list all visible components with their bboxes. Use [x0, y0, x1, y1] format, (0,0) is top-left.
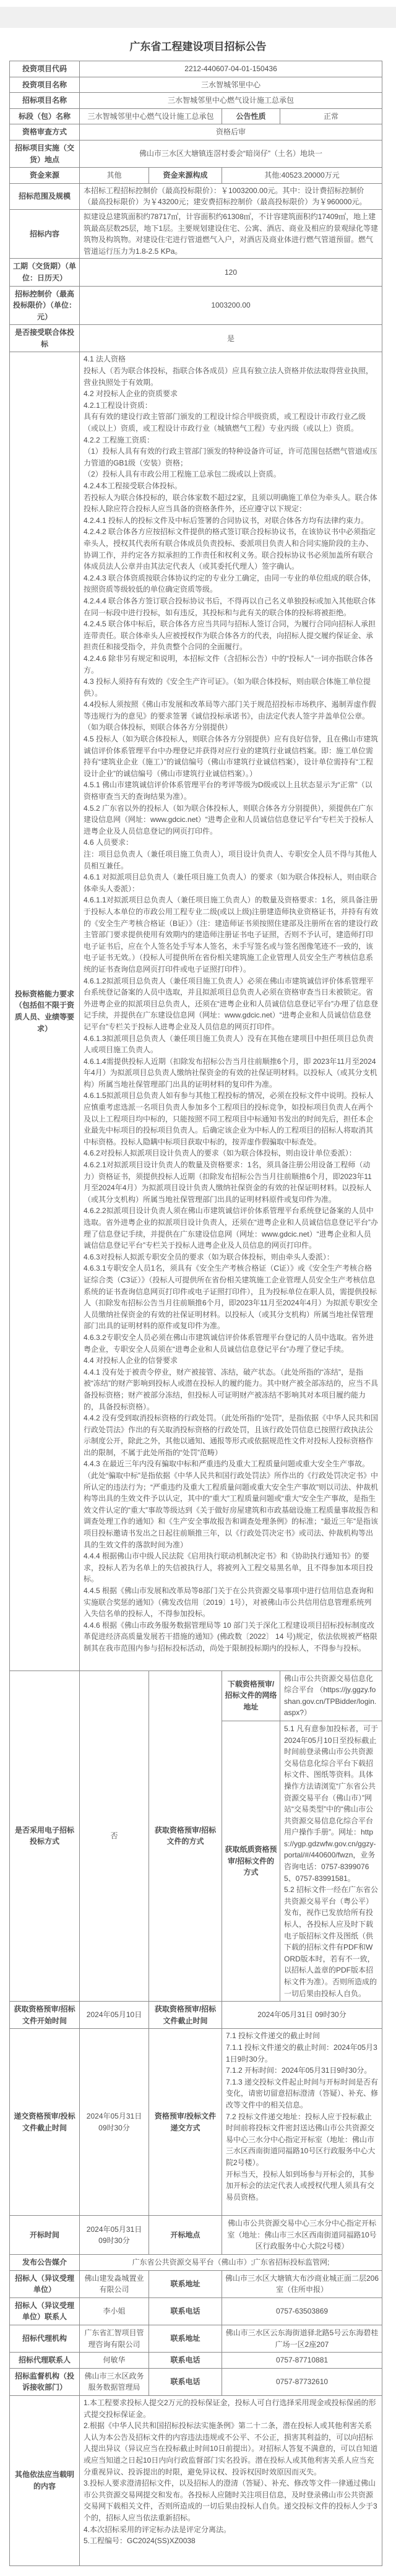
obtain-documents-nested-cell: 下载资格预审/招标文件的网络地址 佛山市公共资源交易信息化综合平台 （https…: [222, 1671, 382, 2002]
label-media: 发布公告媒介: [10, 2255, 80, 2271]
row-section: 标段（包）名称 三水智城邻里中心燃气设计施工总承包 公告性质 正常: [10, 108, 382, 124]
value-location: 佛山市三水区大塘镇连滘村委会“暗岗仔”（土名）地块一: [80, 140, 382, 167]
value-paper-documents: 5.1 凡有意参加投标者，可于2024年05月10日至投标截止时间前登录佛山市公…: [280, 1721, 382, 2001]
label-agency-address: 联系地址: [149, 2325, 222, 2353]
label-section: 标段（包）名称: [10, 108, 80, 124]
label-agency-phone: 联系电话: [149, 2353, 222, 2369]
value-electronic-bidding: 否: [80, 1671, 149, 2002]
label-announcement-nature: 公告性质: [222, 108, 280, 124]
label-supervisor-phone: 联系电话: [149, 2368, 222, 2395]
value-supervisor: 佛山市三水区政务服务数据管理局: [80, 2368, 149, 2395]
value-tenderer-address: 佛山市三水区大塘镇大布沙商业城正面二层206室（住所申报）: [222, 2270, 382, 2297]
value-consortium: 是: [80, 325, 382, 352]
label-paper-documents: 获取纸质资格预审/招标文件的方式: [222, 1721, 280, 2001]
download-url-text: 佛山市公共资源交易信息化综合平台 （https://jy.ggzy.foshan…: [284, 1673, 378, 1719]
obtain-documents-grid: 下载资格预审/招标文件的网络地址 佛山市公共资源交易信息化综合平台 （https…: [222, 1671, 382, 2002]
label-electronic-bidding: 是否采用电子招标投标方式: [10, 1671, 80, 2002]
label-funds-composition: 资金来源构成: [149, 168, 222, 184]
value-agency-contact: 何敏华: [80, 2353, 149, 2369]
label-submission-deadline: 递交资格预审/投标文件截止时间: [10, 2029, 80, 2216]
value-submission-deadline: 2024年05月31日 09时30分: [80, 2029, 149, 2216]
label-obtain-documents-method: 获取资格预审/招标文件的方式: [149, 1671, 222, 2002]
value-content: 拟建设总建筑面积约78717㎡，计容面积约61308㎡，不计容建筑面积约1740…: [80, 209, 382, 258]
value-qualification-review: 资格后审: [80, 124, 382, 140]
value-obtain-deadline: 2024年05月31日 09时30分: [222, 2002, 382, 2029]
label-consortium: 是否接受联合体投标: [10, 325, 80, 352]
value-agency: 广东省汇智项目管理咨询有限公司: [80, 2325, 149, 2353]
label-tender-name: 招标项目名称: [10, 93, 80, 109]
row-supervisor: 招标监督机构（投诉接收部门） 佛山市三水区政务服务数据管理局 联系电话 0757…: [10, 2368, 382, 2395]
row-funds: 资金来源 其他 资金来源构成 其他:40523.20000万元: [10, 168, 382, 184]
paper-documents-subrow: 获取纸质资格预审/招标文件的方式 5.1 凡有意参加投标者，可于2024年05月…: [222, 1721, 382, 2001]
label-other-content: 其他依法应当载明的内容: [10, 2396, 80, 2566]
value-ceiling-price: 1003200.00: [80, 286, 382, 325]
value-tenderer: 佛山建发淼城置业有限公司: [80, 2270, 149, 2297]
value-funds: 其他: [80, 168, 149, 184]
row-duration: 工期（交货期）（单位：日历天） 120: [10, 259, 382, 286]
value-download-url: 佛山市公共资源交易信息化综合平台 （https://jy.ggzy.foshan…: [280, 1671, 382, 1721]
row-content: 招标内容 拟建设总建筑面积约78717㎡，计容面积约61308㎡，不计容建筑面积…: [10, 209, 382, 258]
page-top-bar: [0, 7, 396, 28]
row-obtain-time: 获取资格预审/招标文件开始时间 2024年05月10日 获取资格预审/招标文件截…: [10, 2002, 382, 2029]
label-duration: 工期（交货期）（单位：日历天）: [10, 259, 80, 286]
label-obtain-deadline: 获取资格预审/招标文件截止时间: [149, 2002, 222, 2029]
row-electronic-bidding: 是否采用电子招标投标方式 否 获取资格预审/招标文件的方式 下载资格预审/招标文…: [10, 1671, 382, 2002]
label-bid-opening-place: 开标地点: [149, 2216, 222, 2255]
label-funds: 资金来源: [10, 168, 80, 184]
value-duration: 120: [80, 259, 382, 286]
value-section: 三水智城邻里中心燃气设计施工总承包: [80, 108, 222, 124]
label-location: 招标项目实施（交货）地点: [10, 140, 80, 167]
value-media: 广东省公共资源交易平台（佛山市）;广东省招标投标监管网;: [80, 2255, 382, 2271]
value-agency-phone: 0757-87710881: [222, 2353, 382, 2369]
value-other-content: 1.本工程要求投标人提交2万元的投标保证金，投标人可自行选择采用现金或投标保函的…: [80, 2396, 382, 2566]
label-download-url: 下载资格预审/招标文件的网络地址: [222, 1671, 280, 1721]
label-invest-name: 投资项目名称: [10, 77, 80, 93]
row-consortium: 是否接受联合体投标 是: [10, 325, 382, 352]
value-tenderer-contact: 李小姐: [80, 2297, 149, 2325]
row-tender-name: 招标项目名称 三水智城邻里中心燃气设计施工总承包: [10, 93, 382, 109]
row-bid-opening: 开标时间 2024年05月31日 09时30分 开标地点 佛山市公共资源交易中心…: [10, 2216, 382, 2255]
row-project-code: 投资项目代码 2212-440607-04-01-150436: [10, 61, 382, 77]
label-tenderer-phone: 联系电话: [149, 2297, 222, 2325]
row-tenderer: 招标人（异议受理单位） 佛山建发淼城置业有限公司 联系地址 佛山市三水区大塘镇大…: [10, 2270, 382, 2297]
label-tenderer: 招标人（异议受理单位）: [10, 2270, 80, 2297]
download-url-subrow: 下载资格预审/招标文件的网络地址 佛山市公共资源交易信息化综合平台 （https…: [222, 1671, 382, 1721]
label-qualification-requirements: 投标资格能力要求（包括但不限于资质人员、业绩等要求）: [10, 352, 80, 1671]
row-agency: 招标代理机构 广东省汇智项目管理咨询有限公司 联系地址 佛山市三水区云东海街道驿…: [10, 2325, 382, 2353]
label-obtain-start-time: 获取资格预审/招标文件开始时间: [10, 2002, 80, 2029]
row-qualification-requirements: 投标资格能力要求（包括但不限于资质人员、业绩等要求） 4.1 法人资格 投标人（…: [10, 352, 382, 1671]
label-agency: 招标代理机构: [10, 2325, 80, 2353]
value-obtain-start-time: 2024年05月10日: [80, 2002, 149, 2029]
label-agency-contact: 招标代理联系人: [10, 2353, 80, 2369]
paper-documents-text: 5.1 凡有意参加投标者，可于2024年05月10日至投标截止时间前登录佛山市公…: [284, 1723, 378, 1999]
row-agency-contact: 招标代理联系人 何敏华 联系电话 0757-87710881: [10, 2353, 382, 2369]
row-qualification-review: 资格审查方式 资格后审: [10, 124, 382, 140]
value-bid-opening-time: 2024年05月31日 09时30分: [80, 2216, 149, 2255]
row-ceiling-price: 招标控制价（最高投标限价）（单位：元） 1003200.00: [10, 286, 382, 325]
label-tenderer-address: 联系地址: [149, 2270, 222, 2297]
value-agency-address: 佛山市三水区云东海街道驿北路5号云东海碧桂广场一区2座207: [222, 2325, 382, 2353]
value-qualification-requirements: 4.1 法人资格 投标人（若为联合体投标，指联合体各成员）应具有独立法人资格并依…: [80, 352, 382, 1671]
value-tenderer-phone: 0757-63503869: [222, 2297, 382, 2325]
value-supervisor-phone: 0757-87732610: [222, 2368, 382, 2395]
row-location: 招标项目实施（交货）地点 佛山市三水区大塘镇连滘村委会“暗岗仔”（土名）地块一: [10, 140, 382, 167]
row-tenderer-contact: 招标人（异议受理单位）联系人 李小姐 联系电话 0757-63503869: [10, 2297, 382, 2325]
label-submission-method: 资格预审/投标文件递交方式: [149, 2029, 222, 2216]
label-content: 招标内容: [10, 209, 80, 258]
row-invest-name: 投资项目名称 三水智城邻里中心: [10, 77, 382, 93]
value-project-code: 2212-440607-04-01-150436: [80, 61, 382, 77]
label-tenderer-contact: 招标人（异议受理单位）联系人: [10, 2297, 80, 2325]
label-scope: 招标范围及规模: [10, 183, 80, 209]
row-media: 发布公告媒介 广东省公共资源交易平台（佛山市）;广东省招标投标监管网;: [10, 2255, 382, 2271]
label-bid-opening-time: 开标时间: [10, 2216, 80, 2255]
value-submission-method: 7.1 投标文件递交的截止时间 7.1.1 投标文件递交的截止时间：2024年0…: [222, 2029, 382, 2216]
page-title: 广东省工程建设项目招标公告: [0, 38, 396, 53]
label-project-code: 投资项目代码: [10, 61, 80, 77]
tender-announcement-table: 投资项目代码 2212-440607-04-01-150436 投资项目名称 三…: [9, 61, 382, 2566]
row-scope: 招标范围及规模 本招标工程招标控制价（最高投标限价）：￥1003200.00元。…: [10, 183, 382, 209]
label-qualification-review: 资格审查方式: [10, 124, 80, 140]
row-other-content: 其他依法应当载明的内容 1.本工程要求投标人提交2万元的投标保证金，投标人可自行…: [10, 2396, 382, 2566]
label-supervisor: 招标监督机构（投诉接收部门）: [10, 2368, 80, 2395]
value-funds-composition: 其他:40523.20000万元: [222, 168, 382, 184]
value-tender-name: 三水智城邻里中心燃气设计施工总承包: [80, 93, 382, 109]
value-announcement-nature: 正常: [280, 108, 382, 124]
value-bid-opening-place: 佛山市公共资源交易中心三水分中心指定开标室（地址：佛山市三水区西南街道同福路10…: [222, 2216, 382, 2255]
value-invest-name: 三水智城邻里中心: [80, 77, 382, 93]
row-submission: 递交资格预审/投标文件截止时间 2024年05月31日 09时30分 资格预审/…: [10, 2029, 382, 2216]
value-scope: 本招标工程招标控制价（最高投标限价）：￥1003200.00元。其中：设计费招标…: [80, 183, 382, 209]
label-ceiling-price: 招标控制价（最高投标限价）（单位：元）: [10, 286, 80, 325]
